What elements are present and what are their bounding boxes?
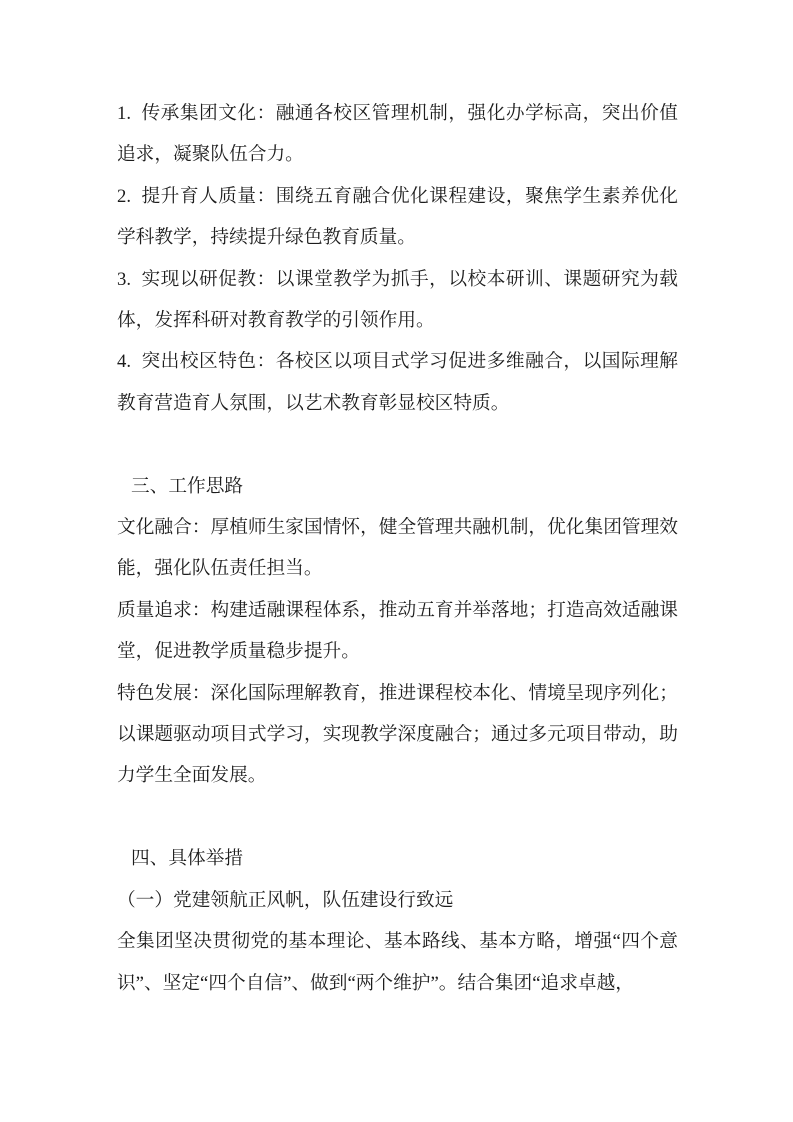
section-heading-3: 三、工作思路 <box>117 466 678 507</box>
blank-line <box>117 424 678 465</box>
paragraph-party-building: 全集团坚决贯彻党的基本理论、基本路线、基本方略，增强“四个意识”、坚定“四个自信… <box>117 921 678 1004</box>
list-item-2-text: 提升育人质量：围绕五育融合优化课程建设，聚焦学生素养优化学科教学，持续提升绿色教… <box>117 186 678 248</box>
paragraph-feature-development: 特色发展：深化国际理解教育，推进课程校本化、情境呈现序列化；以课题驱动项目式学习… <box>117 673 678 797</box>
paragraph-quality-pursuit: 质量追求：构建适融课程体系，推动五育并举落地；打造高效适融课堂，促进教学质量稳步… <box>117 590 678 673</box>
section-heading-4: 四、具体举措 <box>117 838 678 879</box>
list-item-1-number: 1. <box>117 103 131 124</box>
list-item-1-text: 传承集团文化：融通各校区管理机制，强化办学标高，突出价值追求，凝聚队伍合力。 <box>117 103 678 165</box>
blank-line <box>117 797 678 838</box>
list-item-4: 4.突出校区特色：各校区以项目式学习促进多维融合，以国际理解教育营造育人氛围，以… <box>117 341 678 424</box>
list-item-2: 2.提升育人质量：围绕五育融合优化课程建设，聚焦学生素养优化学科教学，持续提升绿… <box>117 176 678 259</box>
list-item-2-number: 2. <box>117 186 131 207</box>
list-item-3-text: 实现以研促教：以课堂教学为抓手，以校本研训、课题研究为载体，发挥科研对教育教学的… <box>117 269 678 331</box>
list-item-1: 1.传承集团文化：融通各校区管理机制，强化办学标高，突出价值追求，凝聚队伍合力。 <box>117 93 678 176</box>
list-item-3: 3.实现以研促教：以课堂教学为抓手，以校本研训、课题研究为载体，发挥科研对教育教… <box>117 259 678 342</box>
subsection-heading-party-building: （一）党建领航正风帆，队伍建设行致远 <box>117 880 678 921</box>
document-page: 1.传承集团文化：融通各校区管理机制，强化办学标高，突出价值追求，凝聚队伍合力。… <box>0 0 793 1122</box>
paragraph-culture-fusion: 文化融合：厚植师生家国情怀，健全管理共融机制，优化集团管理效能，强化队伍责任担当… <box>117 507 678 590</box>
list-item-4-text: 突出校区特色：各校区以项目式学习促进多维融合，以国际理解教育营造育人氛围，以艺术… <box>117 351 678 413</box>
list-item-4-number: 4. <box>117 351 131 372</box>
document-body: 1.传承集团文化：融通各校区管理机制，强化办学标高，突出价值追求，凝聚队伍合力。… <box>117 93 678 1004</box>
list-item-3-number: 3. <box>117 269 131 290</box>
